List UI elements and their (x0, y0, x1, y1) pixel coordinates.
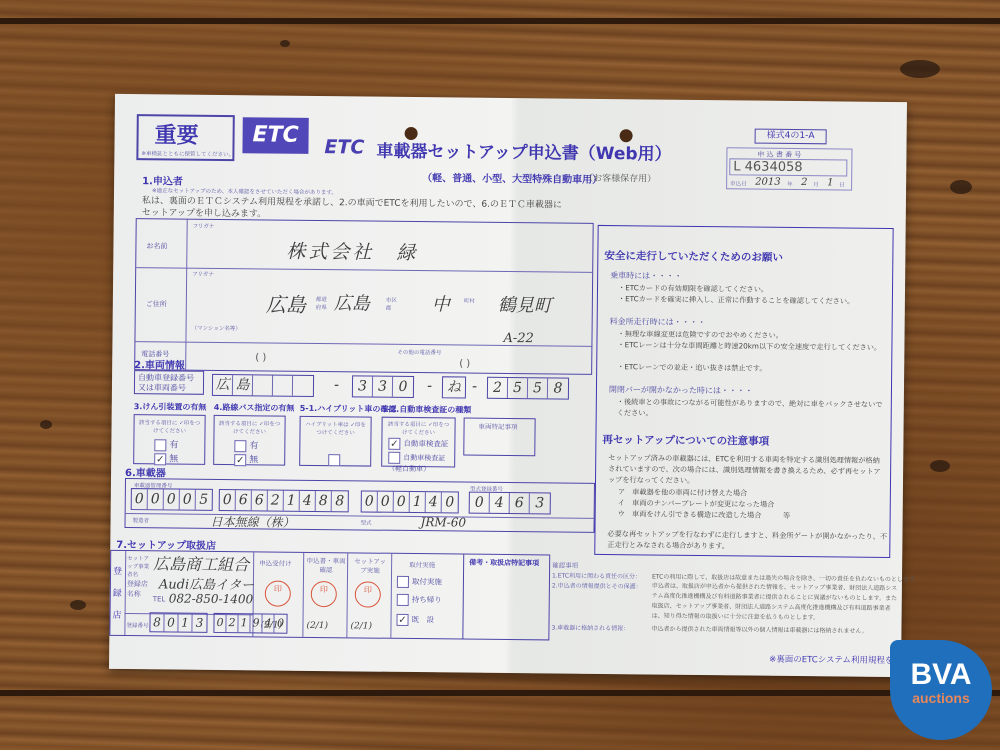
management-number-part3[interactable]: 0 0 0 1 4 0 (361, 490, 459, 513)
option-label: 自動車検査証 (403, 439, 448, 448)
plank-gap (0, 690, 1000, 696)
digit-cell: 8 (150, 613, 164, 631)
digit-cell: 2 (268, 490, 284, 510)
digit-cell: 1 (178, 614, 192, 632)
confirmation-label: 2.申込者の情報提供とその保護： (552, 580, 642, 590)
important-badge: 重要 ※車検証とともに保管してください。 (136, 114, 234, 161)
manufacturer-label: 製造者 (133, 516, 150, 524)
plate-dash: - (472, 379, 477, 395)
install-option-installed[interactable]: 取付実施 (397, 576, 442, 588)
section4-box: 該当する項目に ✓印をつけてください 有 ✓無 (213, 415, 286, 466)
plate-label-box: 自動車登録番号 又は車両番号 (134, 370, 204, 395)
plate-cell: ね (443, 377, 465, 397)
notice-item: ・ETCレーンは十分な車間距離と時速20km以下の安全速度で走行してください。 (617, 339, 887, 353)
inspection-cert-option[interactable]: ✓自動車検査証 (388, 438, 448, 451)
confirmation-text: 申込者から提供された車両情報等以外の個人情報は車載器には格納されません。 (651, 624, 867, 635)
resetup-warning: 必要な再セットアップを行なわずに走行しますと、料金所ゲートが開かなかったり、不正… (607, 528, 887, 553)
plate-cell: 8 (548, 378, 568, 398)
etc-logo: ETC (242, 117, 308, 154)
shop-name-value[interactable]: Audi広島イター (159, 573, 254, 593)
hybrid-checkbox[interactable] (328, 449, 343, 468)
operator-value[interactable]: 広島商工組合 (153, 551, 249, 575)
bva-auctions-logo: BVA auctions (890, 640, 992, 740)
plate-cell: 島 (233, 375, 253, 395)
notice-item: ・後続車との事故につながる可能性がありますので、絶対に車をバックさせないでくださ… (617, 396, 887, 421)
plate-label-line2: 又は車両番号 (138, 382, 186, 394)
registered-shop-side-label: 登録店 (112, 561, 123, 627)
operator-label: セットアップ事業者名 (127, 554, 153, 578)
bar-not-open-title: 開閉バーが開かなかった時には・・・・ (609, 384, 753, 397)
confirmation-label: 1.ETC利用に関わる責任の区分： (552, 570, 641, 580)
notice-item: ・ETCカードを確実に挿入し、正常に作動することを確認してください。 (618, 293, 854, 306)
registration-number-label: 登録番号 (126, 621, 148, 629)
name-value[interactable]: 株式会社 緑 (286, 237, 418, 265)
column-setup-performed: セットアップ実施 (351, 556, 389, 574)
section3-instruction: 該当する項目に ✓印をつけてください (138, 418, 200, 435)
section4-option-yes[interactable]: 有 (234, 438, 258, 452)
checkbox[interactable] (388, 452, 400, 464)
option-label: 持ち帰り (412, 595, 442, 604)
important-label: 重要 (154, 118, 198, 149)
safety-notice-heading: 安全に走行していただくためのお願い (604, 248, 783, 265)
section5-2-heading: 5-2.自動車検査証の種類 (382, 404, 472, 416)
application-year: 2013 (755, 177, 781, 188)
digit-cell: 0 (180, 490, 196, 510)
resetup-case: ウ 車両をけん引できる構造に改造した場合 等 (618, 508, 791, 521)
model-label: 型式 (361, 518, 372, 526)
checkbox-checked[interactable]: ✓ (234, 454, 246, 466)
digit-cell: 6 (252, 490, 268, 510)
digit-cell: 0 (164, 613, 178, 631)
form-code: 様式4の1-A (755, 129, 827, 145)
digit-cell: 8 (316, 491, 332, 511)
install-option-existing[interactable]: ✓既 設 (396, 614, 434, 626)
digit-cell: 8 (332, 491, 348, 511)
remarks-label: 備考・取扱店特記事項 (469, 558, 539, 569)
etc-application-form: 重要 ※車検証とともに保管してください。 ETC ETC 車載器セットアップ申込… (109, 94, 907, 677)
city-suffix: 市区郡 (386, 296, 400, 312)
shop-name-label: 登録店名称 (127, 579, 151, 599)
prefecture-suffix: 都道府県 (316, 295, 330, 311)
digit-cell: 0 (220, 490, 236, 510)
management-number-part1[interactable]: 0 0 0 0 5 (131, 488, 213, 511)
address-prefecture[interactable]: 広島 (266, 288, 306, 317)
digit-cell: 0 (164, 489, 180, 509)
management-number-part2[interactable]: 0 6 6 2 1 4 8 8 (219, 489, 349, 512)
plate-cell (253, 375, 273, 395)
digit-cell: 0 (378, 492, 394, 512)
plank-gap (0, 18, 1000, 24)
other-phone-value[interactable]: ( ) (459, 358, 470, 369)
confirmation-heading: 確認事項 (552, 560, 578, 569)
year-label: 年 (787, 180, 793, 188)
digit-cell: 3 (530, 493, 550, 513)
section4-instruction: 該当する項目に ✓印をつけてください (218, 419, 280, 436)
customer-copy-note: （お客様保存用） (584, 171, 656, 185)
plate-cell: 5 (508, 378, 528, 398)
confirmation-label: 3.車載器に格納される情報： (551, 622, 629, 632)
tollgate-title: 料金所走行時には・・・・ (610, 316, 706, 328)
tel-value[interactable]: 082-850-1400 (169, 591, 254, 606)
application-number-box: 申 込 書 番 号 L 4634058 申込日 2013 年 2 月 1 日 (726, 147, 852, 190)
digit-cell: 4 (300, 491, 316, 511)
section5-1-instruction: ハイブリット車は ✓印をつけてください (304, 420, 366, 437)
option-label: 既 設 (411, 615, 434, 624)
digit-cell: 1 (410, 492, 426, 512)
section1-heading: 1.申込者 (142, 172, 183, 187)
digit-cell: 0 (394, 492, 410, 512)
boarding-title: 乗車時には・・・・ (610, 270, 682, 282)
digit-cell: 0 (362, 491, 378, 511)
vehicle-notes-label: 車両特記事項 (479, 422, 518, 431)
section5-2-box: 該当する項目に ✓印をつけてください ✓自動車検査証 自動車検査証（軽自動車） (381, 417, 456, 468)
name-label: お名前 (146, 241, 167, 251)
date-setup[interactable]: (2/1) (350, 621, 372, 631)
section5-2-instruction: 該当する項目に ✓印をつけてください (386, 420, 450, 437)
plate-kana-field[interactable]: ね (442, 376, 466, 398)
applicant-table: お名前 フリガナ 株式会社 緑 ご住所 フリガナ （マンション名等） 広島 都道… (134, 218, 594, 375)
digit-cell: 5 (196, 490, 212, 510)
registration-number-part1[interactable]: 8 0 1 3 (149, 612, 207, 633)
digit-cell: 9 (250, 614, 262, 632)
registration-number-part2[interactable]: 0 2 1 9 4 0 (213, 613, 287, 634)
section4-option-no[interactable]: ✓無 (234, 452, 258, 466)
name-furigana-label: フリガナ (193, 222, 215, 230)
digit-cell: 0 (274, 615, 286, 633)
digit-cell: 4 (426, 492, 442, 512)
form-title: 車載器セットアップ申込書（Web用） (376, 137, 671, 165)
plate-cell (273, 376, 293, 396)
plate-dash: - (427, 378, 432, 394)
digit-cell: 4 (262, 614, 274, 632)
digit-cell: 6 (236, 490, 252, 510)
important-note: ※車検証とともに保管してください。 (141, 149, 234, 158)
digit-cell: 0 (132, 489, 148, 509)
date-checked[interactable]: (2/1) (306, 621, 328, 631)
option-label: 取付実施 (412, 577, 442, 586)
checkbox[interactable] (328, 454, 340, 466)
address-furigana-label: フリガナ (192, 270, 214, 278)
plate-cell: 2 (488, 378, 508, 398)
model-value[interactable]: JRM-60 (420, 515, 466, 529)
digit-cell: 0 (148, 489, 164, 509)
plate-cell (293, 376, 313, 396)
form-subtitle: （軽、普通、小型、大型特殊自動車用） (422, 169, 602, 186)
notice-item: ・ETCレーンでの並走・追い抜きは禁止です。 (617, 361, 766, 374)
digit-cell: 4 (490, 493, 510, 513)
digit-cell: 1 (238, 614, 250, 632)
column-document-check: 申込書・車両確認 (306, 556, 346, 574)
resetup-heading: 再セットアップについての注意事項 (602, 432, 769, 449)
safety-notice-panel: 安全に走行していただくためのお願い 乗車時には・・・・ ・ETCカードの有効期限… (594, 225, 893, 558)
confirmation-text: 申込者は、取扱店が申込者から提供された情報を、セットアップ事業者、財団法人道路シ… (652, 582, 900, 625)
section1-statement-line2: セットアップを申し込みます。 (142, 205, 267, 219)
phone-value[interactable]: ( ) (255, 352, 266, 363)
ward-suffix: 町村 (464, 297, 478, 305)
day-label: 日 (839, 180, 845, 188)
bva-brand: BVA (890, 660, 992, 690)
option-label: 無 (249, 455, 258, 465)
address-ward[interactable]: 中 (432, 290, 450, 316)
checkbox[interactable] (234, 440, 246, 452)
approval-stamp: 印 (265, 580, 291, 606)
address-label: ご住所 (146, 299, 167, 309)
vehicle-notes-box[interactable]: 車両特記事項 (463, 418, 535, 457)
kei-inspection-cert-option[interactable]: 自動車検査証（軽自動車） (388, 452, 454, 475)
plate-cell: 0 (393, 377, 413, 397)
application-month: 2 (801, 177, 807, 188)
option-label: 無 (169, 454, 178, 464)
digit-cell: 1 (284, 491, 300, 511)
title-prefix: ETC (324, 136, 364, 158)
plate-cell: 広 (213, 375, 233, 395)
address-town[interactable]: 鶴見町 (498, 291, 552, 318)
application-day: 1 (827, 177, 833, 188)
other-phone-label: その他の電話番号 (397, 348, 441, 356)
section3-option-no[interactable]: ✓無 (154, 451, 178, 465)
digit-cell: 6 (510, 493, 530, 513)
digit-cell: 3 (192, 614, 206, 632)
digit-cell: 0 (470, 493, 490, 513)
section4-heading: 4.路線バス指定の有無 (214, 402, 295, 414)
plate-class-field[interactable]: 3 3 0 (352, 375, 414, 398)
column-installation: 取付実施 (409, 560, 435, 569)
month-label: 月 (813, 180, 819, 188)
approval-stamp: 印 (355, 581, 381, 607)
checkbox[interactable] (154, 439, 166, 451)
plate-region-field[interactable]: 広 島 (212, 374, 314, 397)
mansion-label: （マンション名等） (192, 324, 241, 333)
model-registration-field[interactable]: 0 4 6 3 (469, 492, 551, 515)
manufacturer-value[interactable]: 日本無線（株） (210, 513, 294, 531)
checkbox[interactable] (397, 594, 409, 606)
plate-dash: - (334, 377, 339, 393)
checkbox[interactable] (397, 576, 409, 588)
digit-cell: 0 (214, 614, 226, 632)
column-application-received: 申込受付け (259, 558, 292, 567)
option-label: 有 (249, 441, 258, 451)
section3-option-yes[interactable]: 有 (154, 437, 178, 451)
tel-label: TEL (153, 595, 166, 603)
resetup-text: セットアップ済みの車載器には、ETCを利用する車両を特定する識別処理情報が格納さ… (608, 452, 886, 488)
section3-box: 該当する項目に ✓印をつけてください 有 ✓無 (133, 414, 206, 465)
checkbox-checked[interactable]: ✓ (396, 614, 408, 626)
option-label: 有 (169, 440, 178, 450)
install-option-takeaway[interactable]: 持ち帰り (397, 594, 442, 606)
checkbox-checked[interactable]: ✓ (154, 453, 166, 465)
address-city[interactable]: 広島 (334, 289, 370, 315)
digit-cell: 0 (442, 492, 458, 512)
bva-sub: auctions (890, 690, 992, 706)
address-building[interactable]: A-22 (503, 331, 533, 346)
section5-1-box: ハイブリット車は ✓印をつけてください (299, 416, 372, 467)
checkbox-checked[interactable]: ✓ (388, 438, 400, 450)
application-number: L 4634058 (729, 158, 847, 176)
plate-cell: 3 (353, 376, 373, 396)
plate-cell: 5 (528, 378, 548, 398)
approval-stamp: 印 (311, 581, 337, 607)
plate-number-field[interactable]: 2 5 5 8 (487, 377, 569, 400)
section3-heading: 3.けん引装置の有無 (134, 401, 207, 413)
plate-cell: 3 (373, 377, 393, 397)
digit-cell: 2 (226, 614, 238, 632)
application-date-label: 申込日 (730, 179, 747, 187)
